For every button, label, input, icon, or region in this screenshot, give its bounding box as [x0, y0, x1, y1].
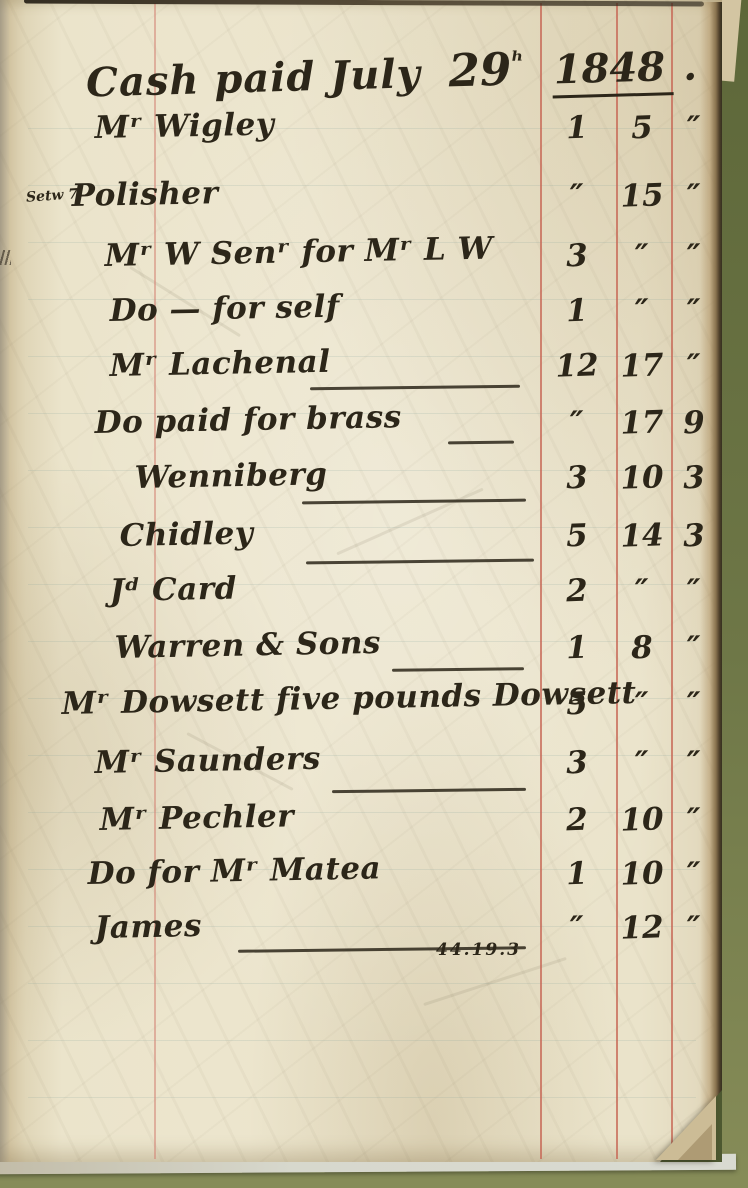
amount-pounds: 3: [545, 237, 608, 275]
ink-dash: [310, 385, 520, 390]
amount-shillings: 8: [616, 629, 667, 667]
amount-pounds: 3: [545, 744, 608, 782]
amount-pence: 9: [670, 404, 717, 442]
amount-pounds: 5: [545, 517, 608, 555]
amount-pence: ″: [670, 237, 717, 275]
title-day: 29ʰ: [448, 42, 525, 97]
ink-dash: [448, 441, 514, 444]
entry-name: Wenniberg: [134, 456, 327, 496]
ink-dash: [332, 788, 526, 793]
amount-pounds: 1: [545, 292, 608, 330]
entry-name: Do for Mʳ Matea: [87, 850, 381, 892]
amount-shillings: ″: [616, 292, 667, 330]
photo-background: Cash paid July 29ʰ 1848 . Mʳ Wigley15″Se…: [0, 0, 748, 1188]
ink-bleedthrough: [423, 957, 567, 1006]
dogear-crease: [678, 1124, 712, 1160]
amount-shillings: 5: [616, 109, 667, 147]
amount-pounds: 1: [545, 855, 608, 893]
amount-pounds: 1: [545, 109, 608, 147]
stray-ink-mark: [0, 250, 11, 265]
entry-name: Warren & Sons: [114, 625, 381, 666]
amount-pounds: 12: [545, 347, 608, 385]
entry-name: James: [94, 908, 202, 946]
entry-name: Mʳ Lachenal: [109, 344, 331, 384]
entry-name: Mʳ Wigley: [94, 107, 274, 146]
entry-name: Mʳ Pechler: [99, 798, 294, 838]
entry-name: Polisher: [71, 175, 218, 214]
amount-pounds: ″: [545, 404, 608, 442]
entry-name: Do — for self: [109, 289, 340, 329]
ink-dash: [392, 667, 524, 671]
page-title: Cash paid July 29ʰ 1848 .: [85, 37, 697, 111]
ink-dash: [302, 499, 526, 504]
title-text: Cash paid July: [85, 50, 421, 106]
ink-bleedthrough: [336, 488, 483, 556]
amount-pence: ″: [670, 292, 717, 330]
amount-shillings: 10: [616, 855, 667, 893]
amount-pounds: ″: [545, 177, 608, 215]
ink-dash: [306, 559, 534, 564]
paper-texture: [0, 0, 722, 1162]
amount-shillings: 10: [616, 459, 667, 497]
amount-pounds: 2: [545, 801, 608, 839]
entry-name: Chidley: [119, 515, 253, 554]
amount-pence: ″: [670, 801, 717, 839]
page-top-edge-shadow: [24, 0, 704, 6]
amount-pence: ″: [670, 572, 717, 610]
amount-pounds: 1: [545, 629, 608, 667]
amount-pence: 3: [670, 459, 717, 497]
amount-pence: ″: [670, 744, 717, 782]
amount-pounds: 3: [545, 459, 608, 497]
amount-shillings: ″: [616, 744, 667, 782]
amount-pounds: ″: [545, 909, 608, 947]
amount-pence: ″: [670, 685, 717, 723]
amount-pence: 3: [670, 517, 717, 555]
amount-shillings: ″: [616, 685, 667, 723]
entry-name: Mʳ Saunders: [94, 741, 321, 781]
entry-name: Jᵈ Card: [109, 571, 237, 609]
amount-shillings: 10: [616, 801, 667, 839]
title-period: .: [682, 42, 697, 89]
amount-pence: ″: [670, 109, 717, 147]
amount-shillings: 17: [616, 347, 667, 385]
amount-pence: ″: [670, 347, 717, 385]
entry-name: Do paid for brass: [94, 399, 402, 441]
amount-pence: ″: [670, 855, 717, 893]
amount-pounds: 2: [545, 572, 608, 610]
entry-name: Mʳ W Senʳ for Mʳ L W: [104, 231, 493, 274]
amount-pounds: 5: [545, 685, 608, 723]
amount-shillings: 17: [616, 404, 667, 442]
amount-shillings: 14: [616, 517, 667, 555]
total-amount: 44.19.3: [436, 940, 521, 960]
amount-pence: ″: [670, 909, 717, 947]
ruling-pounds-line: [540, 3, 542, 1159]
amount-pence: ″: [670, 629, 717, 667]
amount-shillings: ″: [616, 572, 667, 610]
amount-shillings: 12: [616, 909, 667, 947]
title-year: 1848: [551, 43, 674, 98]
amount-shillings: 15: [616, 177, 667, 215]
amount-pence: ″: [670, 177, 717, 215]
amount-shillings: ″: [616, 237, 667, 275]
ledger-page: Cash paid July 29ʰ 1848 . Mʳ Wigley15″Se…: [0, 0, 722, 1162]
